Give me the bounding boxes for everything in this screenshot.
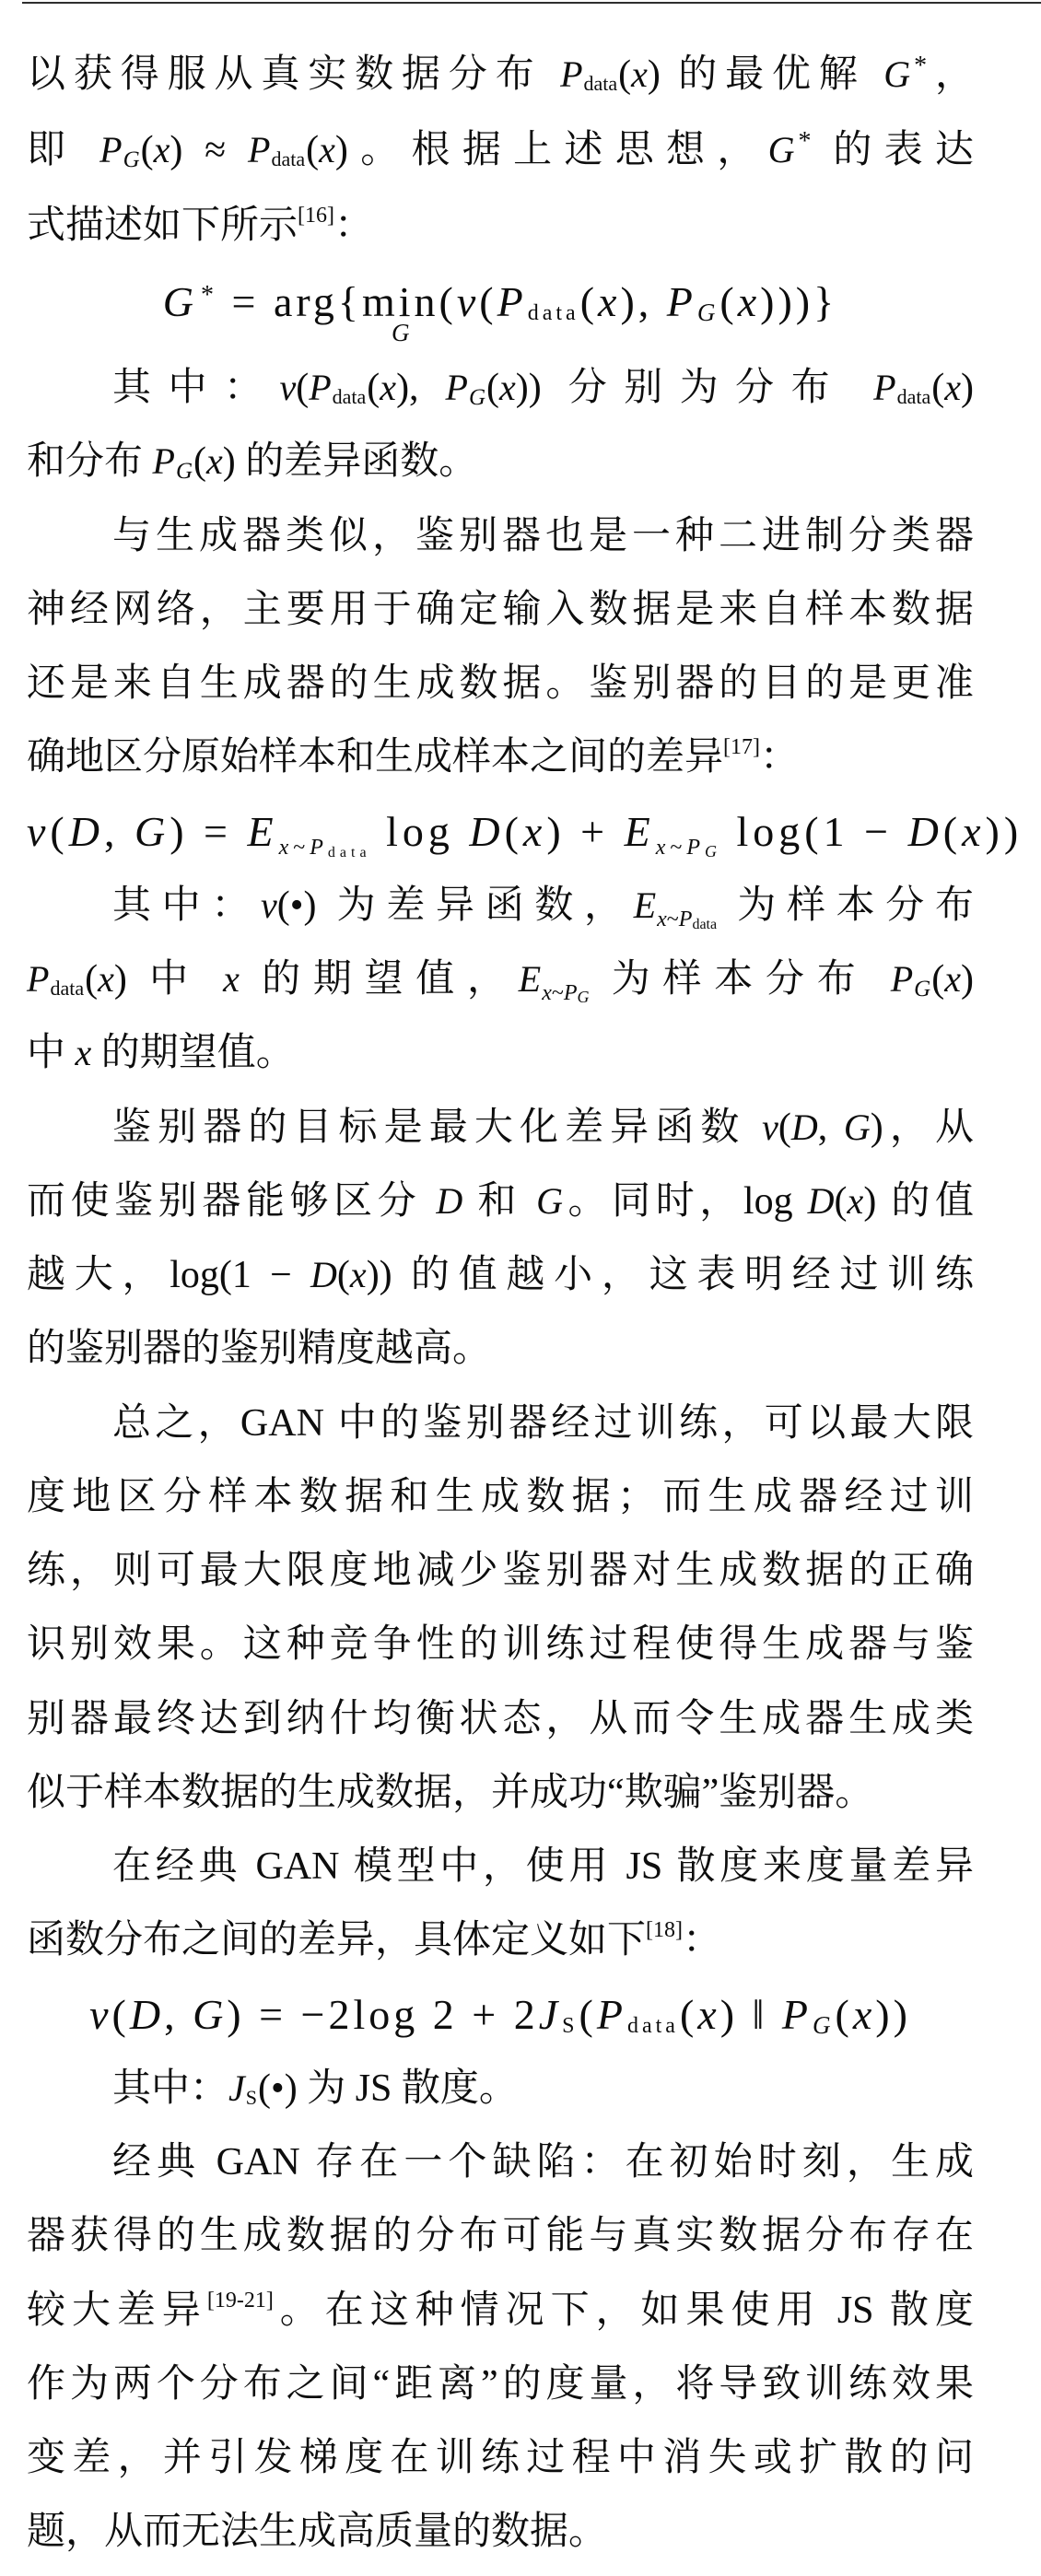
text-run: 作为两个分布之间“距离”的度量，将导致训练效果 [27, 2363, 974, 2406]
text-line: 练，则可最大限度地减少鉴别器对生成数据的正确 [27, 1534, 974, 1608]
math-variable: P [560, 53, 582, 95]
math-variable: x [223, 958, 240, 1000]
math-variable: x [657, 907, 667, 931]
tilde: ~ [552, 981, 564, 1005]
text-line: 式描述如下所示[16]： [27, 188, 974, 263]
text-run: ) = [170, 808, 247, 855]
subscript: data [528, 301, 579, 325]
text-line: 越大，log(1 − D(x)) 的值越小，这表明经过训练 [27, 1238, 974, 1312]
subscript: G [813, 2011, 835, 2039]
math-variable: v [762, 1107, 778, 1148]
text-run: )) 分别为分布 [516, 367, 873, 409]
text-run: 器获得的生成数据的分布可能与真实数据分布存在 [27, 2215, 974, 2257]
math-variable: x [853, 1991, 875, 2038]
text-run: )，从 [871, 1107, 974, 1149]
math-variable: D [310, 1254, 337, 1295]
expectation-subscript: x~PG [656, 836, 721, 860]
text-run: 为样本分布 [717, 884, 974, 927]
paragraph: 其中：v(•) 为差异函数，Ex~Pdata 为样本分布 Pdata(x) 中 … [27, 869, 974, 1091]
math-variable: J [539, 1991, 561, 2038]
text-run: , [104, 808, 135, 855]
text-run: ( [778, 1107, 791, 1149]
text-run: ( [719, 278, 737, 325]
math-variable: x [76, 1032, 92, 1073]
math-variable: J [228, 2067, 245, 2109]
text-run: ) 的差异函数。 [223, 440, 478, 483]
text-run: (•) 为 JS 散度。 [258, 2067, 518, 2110]
text-run: 与生成器类似，鉴别器也是一种二进制分类器 [112, 515, 974, 557]
text-run: ( [680, 1991, 697, 2038]
text-run: 其中： [112, 884, 261, 927]
subscript: G [697, 299, 719, 326]
text-run: ) ≈ [170, 129, 248, 171]
text-run: ( [112, 1991, 130, 2038]
math-variable: v [27, 808, 50, 855]
text-run: 神经网络，主要用于确定输入数据是来自样本数据 [27, 589, 974, 631]
text-run: ( [618, 53, 631, 96]
math-variable: G [536, 1180, 563, 1222]
text-run: 别器最终达到纳什均衡状态，从而令生成器生成类 [27, 1698, 974, 1740]
math-variable: x [738, 278, 760, 325]
text-line: 其中：JS(•) 为 JS 散度。 [27, 2052, 974, 2125]
text-run: ) ‖ [720, 1991, 782, 2038]
document-page: 以获得服从真实数据分布 Pdata(x) 的最优解 G*， 即 PG(x) ≈ … [0, 0, 1041, 2576]
math-variable: P [782, 1991, 812, 2038]
text-run: ： [334, 205, 373, 247]
text-run: 鉴别器的目标是最大化差异函数 [112, 1107, 762, 1149]
superscript-star: * [914, 52, 927, 80]
text-run: 的期望值， [240, 958, 519, 1001]
math-variable: E [625, 808, 655, 855]
text-run: 函数分布之间的差异，具体定义如下 [27, 1919, 646, 1961]
text-run: 的表达 [812, 129, 974, 171]
text-run: )。根据上述思想， [335, 129, 768, 171]
math-variable: x [962, 808, 985, 855]
subscript: S [246, 2086, 257, 2109]
equation-js-divergence: v(D, G) = −2log 2 + 2JS(Pdata(x) ‖ PG(x)… [27, 1978, 974, 2052]
math-variable: x [944, 958, 961, 1000]
text-run: 较大差异 [27, 2289, 207, 2332]
math-variable: x [279, 836, 294, 860]
tilde: ~ [670, 836, 686, 860]
text-run: 其中： [112, 2067, 228, 2110]
math-variable: D [130, 1991, 164, 2038]
text-line: 经典 GAN 存在一个缺陷：在初始时刻，生成 [27, 2125, 974, 2199]
paragraph: 与生成器类似，鉴别器也是一种二进制分类器 神经网络，主要用于确定输入数据是来自样… [27, 499, 974, 795]
text-line: 题，从而无法生成高质量的数据。 [27, 2495, 974, 2569]
text-line: 以获得服从真实数据分布 Pdata(x) 的最优解 G*， [27, 37, 974, 112]
math-variable: D [908, 808, 943, 855]
citation-ref: [18] [646, 1918, 683, 1942]
text-line: 神经网络，主要用于确定输入数据是来自样本数据 [27, 573, 974, 647]
min-operator: minG [362, 263, 439, 341]
text-run: ) = −2log 2 + 2 [227, 1991, 538, 2038]
text-line: 器获得的生成数据的分布可能与真实数据分布存在 [27, 2199, 974, 2273]
text-run: ), [620, 278, 666, 325]
text-run: 式描述如下所示 [27, 205, 298, 247]
text-line: 和分布 PG(x) 的差异函数。 [27, 425, 974, 498]
subscript: data [584, 72, 618, 95]
text-run: 而使鉴别器能够区分 [27, 1180, 436, 1223]
math-variable: x [848, 1180, 864, 1222]
math-variable: v [89, 1991, 111, 2038]
math-variable: P [873, 367, 895, 408]
text-run: 经典 GAN 存在一个缺陷：在初始时刻，生成 [112, 2141, 974, 2184]
text-run: 为样本分布 [590, 958, 891, 1001]
text-run: 识别效果。这种竞争性的训练过程使得生成器与鉴 [27, 1623, 974, 1666]
math-variable: P [679, 907, 693, 931]
text-run: = arg{ [217, 278, 362, 325]
expectation-subscript: x~Pdata [657, 907, 717, 931]
text-run: ( [943, 808, 962, 855]
text-run: ) 中 [114, 958, 223, 1001]
math-variable: P [686, 836, 705, 860]
text-run: 题，从而无法生成高质量的数据。 [27, 2511, 607, 2553]
text-line: 似于样本数据的生成数据，并成功“欺骗”鉴别器。 [27, 1756, 974, 1830]
math-variable: x [944, 367, 961, 408]
math-variable: P [891, 958, 913, 1000]
math-variable: P [27, 958, 49, 1000]
text-run: ( [296, 367, 309, 409]
text-run: ( [367, 367, 380, 409]
math-variable: P [309, 367, 331, 408]
equation-discriminator-objective: v(D, G) = Ex~Pdata log D(x) + Ex~PG log(… [27, 795, 974, 869]
text-line: 别器最终达到纳什均衡状态，从而令生成器生成类 [27, 1682, 974, 1756]
text-run: ( [931, 958, 944, 1001]
math-variable: P [310, 836, 328, 860]
math-variable: x [598, 278, 620, 325]
text-run: ( [836, 1991, 853, 2038]
subscript: G [176, 459, 193, 484]
superscript-star: * [799, 127, 812, 156]
text-run: (•) 为差异函数， [277, 884, 634, 927]
expectation-subscript: x~PG [542, 981, 589, 1005]
text-run: ( [439, 278, 457, 325]
math-variable: x [697, 1991, 719, 2038]
math-variable: x [523, 808, 546, 855]
math-variable: x [656, 836, 671, 860]
math-variable: P [497, 278, 527, 325]
text-run: 度地区分样本数据和生成数据；而生成器经过训 [27, 1476, 974, 1518]
citation-ref: [19-21] [207, 2289, 274, 2313]
subscript: data [627, 2014, 679, 2038]
text-run: 似于样本数据的生成数据，并成功“欺骗”鉴别器。 [27, 1772, 873, 1814]
text-line: 与生成器类似，鉴别器也是一种二进制分类器 [27, 499, 974, 573]
math-variable: P [564, 981, 578, 1005]
text-line: 识别效果。这种竞争性的训练过程使得生成器与鉴 [27, 1608, 974, 1681]
math-variable: v [279, 367, 296, 408]
text-line: 其中：v(Pdata(x), PG(x)) 分别为分布 Pdata(x) [27, 351, 974, 425]
text-run: ( [50, 808, 68, 855]
text-run: ( [337, 1254, 350, 1296]
subscript: data [328, 845, 371, 861]
paragraph: 总之，GAN 中的鉴别器经过训练，可以最大限 度地区分样本数据和生成数据；而生成… [27, 1387, 974, 1831]
math-variable: D [808, 1180, 835, 1222]
math-variable: G [163, 278, 197, 325]
citation-ref: [17] [723, 735, 760, 759]
text-run: 变差，并引发梯度在训练过程中消失或扩散的问 [27, 2437, 974, 2479]
text-run: 确地区分原始样本和生成样本之间的差异 [27, 736, 723, 779]
text-line: 即 PG(x) ≈ Pdata(x)。根据上述思想，G* 的表达 [27, 112, 974, 188]
text-run: ( [835, 1180, 848, 1223]
math-variable: E [247, 808, 277, 855]
text-line: 而使鉴别器能够区分 D 和 G。同时，log D(x) 的值 [27, 1165, 974, 1238]
text-run: 的期望值。 [91, 1032, 295, 1074]
paragraph: 经典 GAN 存在一个缺陷：在初始时刻，生成 器获得的生成数据的分布可能与真实数… [27, 2125, 974, 2570]
text-run: 在经典 GAN 模型中，使用 JS 散度来度量差异 [112, 1845, 974, 1888]
math-variable: v [457, 278, 479, 325]
text-line: 总之，GAN 中的鉴别器经过训练，可以最大限 [27, 1387, 974, 1460]
text-run: 。在这种情况下，如果使用 JS 散度 [274, 2289, 974, 2332]
subscript: data [333, 385, 367, 408]
text-run: 其中： [112, 367, 279, 409]
text-run: 和分布 [27, 440, 153, 483]
math-variable: x [380, 367, 396, 408]
text-run: ： [760, 736, 799, 779]
text-run: ： [683, 1919, 721, 1961]
math-variable: x [319, 129, 335, 170]
text-run: ) [961, 367, 974, 409]
text-run: ( [85, 958, 98, 1001]
math-variable: x [154, 129, 170, 170]
math-variable: x [542, 981, 552, 1005]
text-run: 即 [27, 129, 99, 171]
math-variable: D [436, 1180, 462, 1222]
text-line: 函数分布之间的差异，具体定义如下[18]： [27, 1903, 974, 1977]
math-variable: E [634, 884, 656, 926]
text-run: 以获得服从真实数据分布 [27, 53, 560, 96]
text-run: ( [580, 278, 598, 325]
text-line: 变差，并引发梯度在训练过程中消失或扩散的问 [27, 2421, 974, 2495]
text-run: log [371, 808, 470, 855]
subscript: data [271, 147, 305, 170]
math-variable: D [469, 808, 504, 855]
tilde: ~ [667, 907, 679, 931]
subscript: S [562, 2014, 578, 2038]
math-variable: G [883, 53, 910, 95]
subscript: G [469, 385, 485, 410]
math-variable: P [248, 129, 270, 170]
text-run: 和 [462, 1180, 536, 1223]
text-run: ， [927, 53, 974, 96]
text-run: ) + [546, 808, 624, 855]
subscript: data [897, 385, 931, 408]
text-run: ) 的最优解 [648, 53, 883, 96]
text-run: ( [486, 367, 499, 409]
math-variable: x [499, 367, 516, 408]
text-line: 鉴别器的目标是最大化差异函数 v(D, G)，从 [27, 1091, 974, 1165]
math-variable: E [519, 958, 541, 1000]
text-run: ) [961, 958, 974, 1001]
text-line: 作为两个分布之间“距离”的度量，将导致训练效果 [27, 2348, 974, 2421]
math-variable: D [69, 808, 104, 855]
math-variable: G [135, 808, 170, 855]
text-run: ( [141, 129, 154, 171]
text-line: 在经典 GAN 模型中，使用 JS 散度来度量差异 [27, 1830, 974, 1903]
math-variable: x [350, 1254, 367, 1295]
text-run: 。同时，log [563, 1180, 808, 1223]
text-line: 度地区分样本数据和生成数据；而生成器经过训 [27, 1460, 974, 1534]
math-variable: P [667, 278, 696, 325]
text-run: ), [396, 367, 445, 409]
operator-subscript: G [392, 321, 410, 345]
text-run: )) 的值越小，这表明经过训练 [367, 1254, 974, 1296]
subscript: G [123, 147, 140, 172]
text-run: 越大，log(1 − [27, 1254, 310, 1296]
math-variable: x [206, 440, 223, 482]
paragraph: 鉴别器的目标是最大化差异函数 v(D, G)，从 而使鉴别器能够区分 D 和 G… [27, 1091, 974, 1387]
text-run: , [164, 1991, 193, 2038]
math-variable: x [631, 53, 648, 95]
text-run: 中 [27, 1032, 76, 1074]
text-run: )))} [760, 278, 837, 325]
text-run: ( [579, 1991, 597, 2038]
math-variable: G [844, 1107, 871, 1148]
paragraph-continued: 以获得服从真实数据分布 Pdata(x) 的最优解 G*， 即 PG(x) ≈ … [27, 37, 974, 263]
paragraph: 其中：JS(•) 为 JS 散度。 [27, 2052, 974, 2125]
text-run: ( [193, 440, 206, 483]
math-variable: G [193, 1991, 227, 2038]
citation-ref: [16] [298, 204, 334, 228]
subscript: data [692, 917, 717, 932]
math-variable: P [99, 129, 122, 170]
text-line: 的鉴别器的鉴别精度越高。 [27, 1312, 974, 1386]
text-run: ( [505, 808, 523, 855]
superscript-star: * [201, 281, 217, 310]
subscript: G [705, 842, 721, 861]
text-run: ( [306, 129, 319, 171]
math-variable: P [446, 367, 468, 408]
text-line: 还是来自生成器的生成数据。鉴别器的目的是更准 [27, 647, 974, 720]
paragraph: 在经典 GAN 模型中，使用 JS 散度来度量差异 函数分布之间的差异，具体定义… [27, 1830, 974, 1978]
text-line: 中 x 的期望值。 [27, 1016, 974, 1090]
text-run: log(1 − [721, 808, 908, 855]
text-run: ) 的值 [863, 1180, 974, 1223]
math-variable: D [791, 1107, 818, 1148]
subscript: G [578, 988, 590, 1006]
text-line: 其中：v(•) 为差异函数，Ex~Pdata 为样本分布 [27, 869, 974, 943]
text-run: ( [479, 278, 497, 325]
text-run: ( [931, 367, 944, 409]
text-line: Pdata(x) 中 x 的期望值，Ex~PG 为样本分布 PG(x) [27, 943, 974, 1016]
math-variable: v [261, 884, 277, 926]
equation-g-star: G* = arg{minG(v(Pdata(x), PG(x)))} [27, 263, 974, 351]
math-variable: x [98, 958, 114, 1000]
text-run: 还是来自生成器的生成数据。鉴别器的目的是更准 [27, 662, 974, 705]
text-line: 确地区分原始样本和生成样本之间的差异[17]： [27, 720, 974, 794]
top-rule [22, 2, 1041, 4]
math-variable: G [768, 129, 795, 170]
text-run: )) [986, 808, 1023, 855]
tilde: ~ [293, 836, 310, 860]
text-run: )) [875, 1991, 911, 2038]
expectation-subscript: x~Pdata [279, 836, 371, 860]
subscript: data [50, 977, 84, 1000]
subscript: G [914, 977, 930, 1001]
text-run: , [818, 1107, 844, 1149]
text-column: 以获得服从真实数据分布 Pdata(x) 的最优解 G*， 即 PG(x) ≈ … [27, 37, 974, 2570]
paragraph: 其中：v(Pdata(x), PG(x)) 分别为分布 Pdata(x) 和分布… [27, 351, 974, 499]
math-variable: P [597, 1991, 626, 2038]
text-line: 较大差异[19-21]。在这种情况下，如果使用 JS 散度 [27, 2274, 974, 2348]
text-run: 练，则可最大限度地减少鉴别器对生成数据的正确 [27, 1550, 974, 1592]
text-run: 总之，GAN 中的鉴别器经过训练，可以最大限 [112, 1402, 974, 1445]
math-variable: P [153, 440, 175, 482]
text-run: 的鉴别器的鉴别精度越高。 [27, 1328, 491, 1370]
